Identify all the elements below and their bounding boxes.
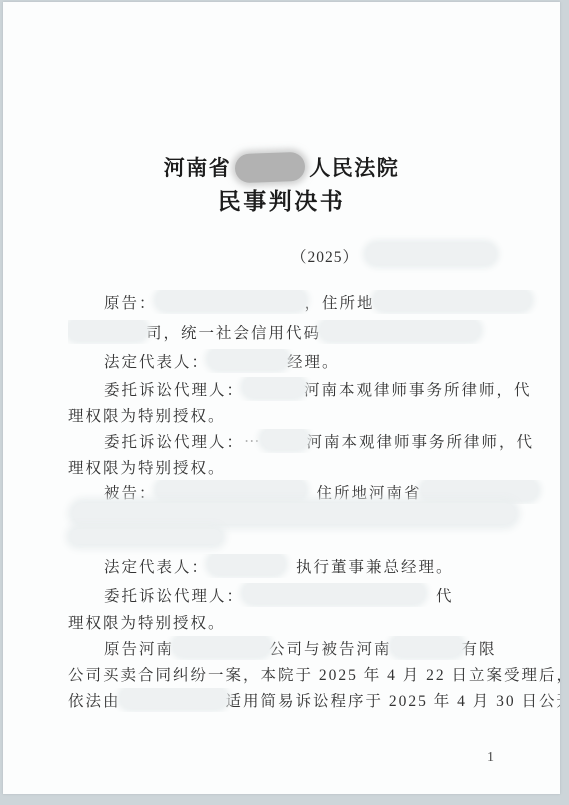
redaction-blob [71, 529, 221, 544]
agent-firm-text: 河南本观律师事务所律师，代 [307, 430, 535, 452]
credit-code-text: 司，统一社会信用代码 [146, 321, 321, 343]
redaction-blob [68, 320, 146, 340]
redaction-blob [157, 290, 305, 310]
redaction-blob [174, 636, 269, 656]
defendant-label: 被告： [104, 481, 157, 503]
agent-label: 委托诉讼代理人： [104, 584, 244, 606]
plaintiff-label: 原告： [104, 291, 157, 313]
legal-rep-title: 经理。 [287, 350, 340, 372]
redaction-blob [73, 503, 515, 524]
defendant-line: 被告： 住所地河南省 [68, 480, 560, 504]
legal-rep-line-plaintiff: 法定代表人： 经理。 [68, 349, 560, 373]
redaction-blob-dark [235, 151, 306, 182]
defendant-address-label: 住所地河南省 [317, 481, 422, 503]
redaction-blob [244, 583, 424, 603]
credit-code-line: 司，统一社会信用代码 [68, 320, 560, 344]
case-summary-line-2: 公司买卖合同纠纷一案，本院于 2025 年 4 月 22 日立案受理后， [68, 662, 560, 686]
agent-line-3: 委托诉讼代理人： 代 [68, 583, 560, 607]
legal-rep-title: 执行董事兼总经理。 [296, 555, 454, 577]
court-name-prefix: 河南省 [164, 152, 232, 182]
redaction-blob [262, 429, 307, 449]
redaction-blob [392, 636, 462, 656]
agent-line-2: 委托诉讼代理人： ⋯ 河南本观律师事务所律师，代 [68, 429, 560, 453]
legal-rep-label: 法定代表人： [104, 555, 209, 577]
agent-label: 委托诉讼代理人： [104, 378, 244, 400]
agent-suffix: 代 [436, 584, 454, 606]
page-number: 1 [487, 750, 494, 766]
agent-scope-line-3: 理权限为特别授权。 [68, 610, 560, 634]
case-number-line: （2025） [291, 244, 495, 268]
agent-firm-text: 河南本观律师事务所律师，代 [304, 378, 532, 400]
redaction-blob [244, 377, 304, 397]
legal-rep-label: 法定代表人： [104, 350, 209, 372]
agent-scope-line-1: 理权限为特别授权。 [68, 403, 560, 427]
agent-label: 委托诉讼代理人： [104, 430, 244, 452]
redaction-blob [367, 244, 495, 264]
redaction-blob [422, 480, 537, 500]
agent-line-1: 委托诉讼代理人： 河南本观律师事务所律师，代 [68, 377, 560, 401]
document-title: 民事判决书 [3, 183, 560, 216]
plaintiff-address-label: ，住所地 [305, 291, 375, 313]
redaction-blob [121, 688, 226, 708]
case-summary-line-3: 依法由 适用简易诉讼程序于 2025 年 4 月 30 日公开 [68, 688, 560, 712]
redaction-blob [157, 480, 305, 500]
judgment-page: 河南省 人民法院 民事判决书 （2025） 原告： ，住所地 司，统一社会信用代… [3, 2, 560, 794]
plaintiff-line: 原告： ，住所地 [68, 290, 560, 314]
redaction-blob [209, 349, 287, 369]
redaction-blob [209, 554, 284, 574]
redaction-blob [321, 320, 479, 340]
case-summary-line-1: 原告河南 公司与被告河南 有限 [68, 636, 560, 660]
redaction-blob [375, 290, 530, 310]
faint-fragment: ⋯ [244, 432, 262, 451]
court-title-line: 河南省 人民法院 [3, 152, 560, 182]
court-name-suffix: 人民法院 [309, 152, 399, 182]
case-year: （2025） [291, 245, 359, 267]
legal-rep-line-defendant: 法定代表人： 执行董事兼总经理。 [68, 554, 560, 578]
agent-scope-line-2: 理权限为特别授权。 [68, 455, 560, 479]
